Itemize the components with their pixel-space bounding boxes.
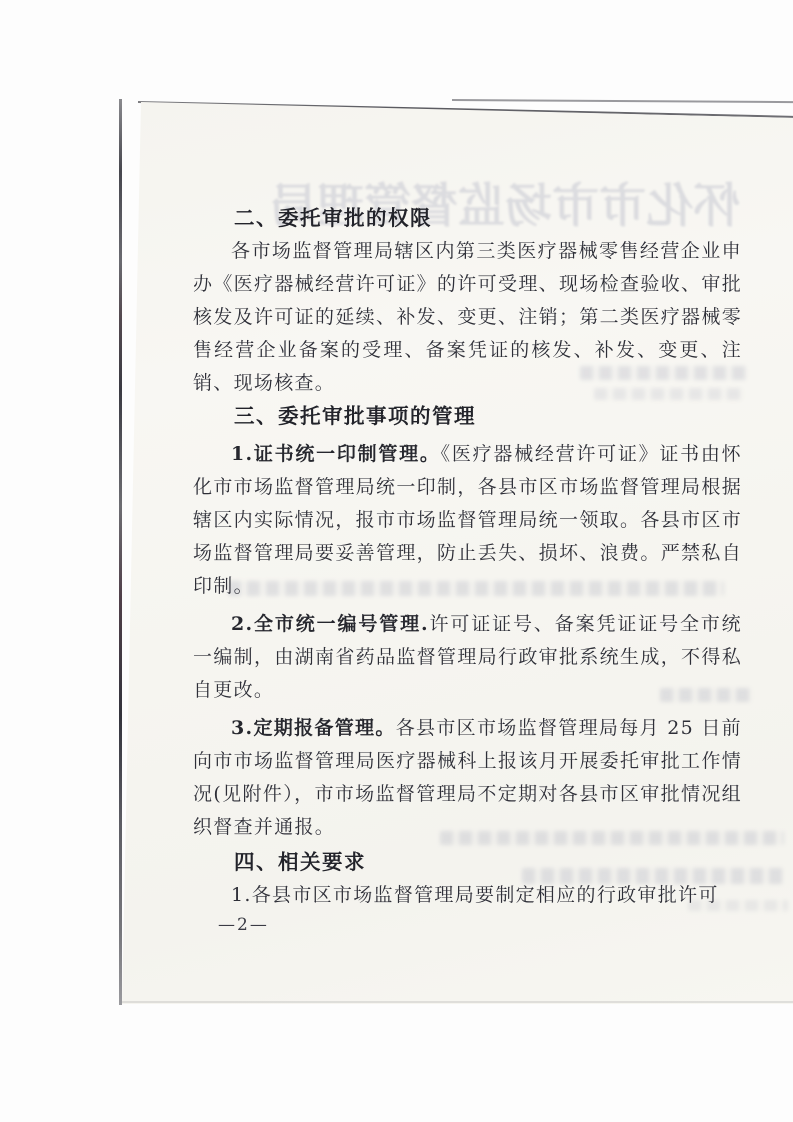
paragraph-text: 《医疗器械经营许可证》证书由怀化市市场监督管理局统一印制，各县市区市场监督管理局… (193, 443, 742, 597)
paragraph-requirements: 1.各县市区市场监督管理局要制定相应的行政审批许可 (193, 879, 742, 912)
section-heading-4: 四、相关要求 (193, 846, 742, 879)
scan-canvas: 怀化市市场监督管理局 二、委托审批的权限 各市场监督管理局辖区内第三类医疗器械零… (0, 0, 793, 1122)
paragraph-lead: 3.定期报备管理。 (231, 717, 396, 739)
paragraph-reporting: 3.定期报备管理。各县市区市场监督管理局每月 25 日前向市市场监督管理局医疗器… (193, 712, 742, 844)
page-bottom-edge-line (122, 1001, 793, 1003)
paragraph-lead: 1.证书统一印制管理。 (231, 443, 441, 465)
paragraph-text: 各市场监督管理局辖区内第三类医疗器械零售经营企业申办《医疗器械经营许可证》的许可… (193, 240, 742, 394)
document-page: 怀化市市场监督管理局 二、委托审批的权限 各市场监督管理局辖区内第三类医疗器械零… (122, 102, 793, 1004)
document-body: 二、委托审批的权限 各市场监督管理局辖区内第三类医疗器械零售经营企业申办《医疗器… (193, 202, 742, 912)
section-heading-3: 三、委托审批事项的管理 (193, 400, 742, 433)
section-heading-2: 二、委托审批的权限 (193, 202, 742, 235)
paragraph-cert-printing: 1.证书统一印制管理。《医疗器械经营许可证》证书由怀化市市场监督管理局统一印制，… (193, 438, 742, 603)
paragraph-numbering: 2.全市统一编号管理.许可证证号、备案凭证证号全市统一编制，由湖南省药品监督管理… (193, 608, 742, 707)
paragraph-authority: 各市场监督管理局辖区内第三类医疗器械零售经营企业申办《医疗器械经营许可证》的许可… (193, 235, 742, 400)
paragraph-lead: 2.全市统一编号管理. (231, 613, 429, 635)
page-left-edge-line (119, 99, 122, 1005)
page-number: —2— (218, 915, 269, 935)
paragraph-text: 1.各县市区市场监督管理局要制定相应的行政审批许可 (231, 884, 719, 906)
underlying-sheet-edge (452, 99, 793, 103)
